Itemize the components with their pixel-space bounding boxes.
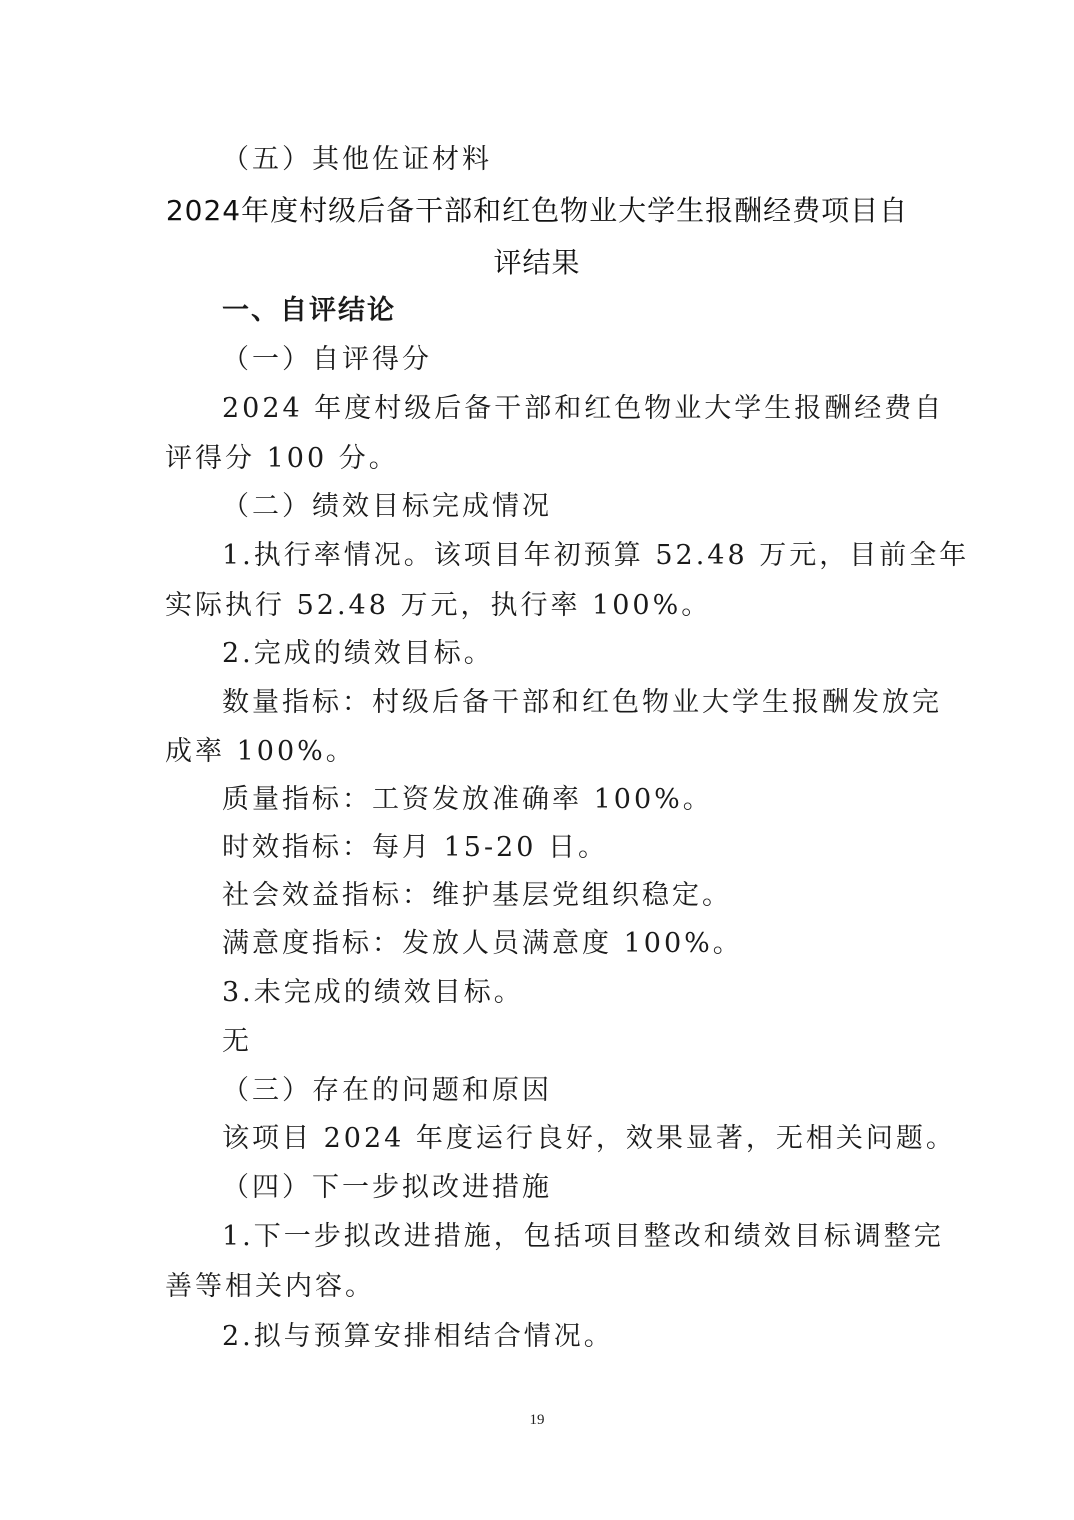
subheading-goal-completion: （二）绩效目标完成情况: [222, 490, 552, 524]
uncompleted-goals-heading: 3.未完成的绩效目标。: [222, 976, 524, 1010]
improvement-item-1-line-1: 1.下一步拟改进措施，包括项目整改和绩效目标调整完: [222, 1220, 944, 1254]
timeliness-indicator: 时效指标：每月 15-20 日。: [222, 831, 608, 865]
social-benefit-indicator: 社会效益指标：维护基层党组织稳定。: [222, 879, 732, 913]
document-page: （五）其他佐证材料 2024年度村级后备干部和红色物业大学生报酬经费项目自 评结…: [0, 0, 1074, 1520]
page-number: 19: [0, 1412, 1074, 1429]
subheading-next-steps: （四）下一步拟改进措施: [222, 1171, 552, 1205]
subheading-problems-causes: （三）存在的问题和原因: [222, 1074, 552, 1108]
heading-self-evaluation-conclusion: 一、自评结论: [222, 294, 396, 328]
problems-paragraph: 该项目 2024 年度运行良好，效果显著，无相关问题。: [222, 1122, 956, 1156]
score-paragraph-line-1: 2024 年度村级后备干部和红色物业大学生报酬经费自: [222, 392, 944, 426]
section-heading-other-evidence: （五）其他佐证材料: [222, 143, 492, 177]
execution-rate-line-1: 1.执行率情况。该项目年初预算 52.48 万元，目前全年: [222, 539, 969, 573]
uncompleted-goals-value: 无: [222, 1025, 252, 1059]
document-title-line-2: 评结果: [0, 245, 1074, 281]
subheading-self-evaluation-score: （一）自评得分: [222, 343, 432, 377]
execution-rate-line-2: 实际执行 52.48 万元，执行率 100%。: [165, 589, 711, 623]
improvement-item-2: 2.拟与预算安排相结合情况。: [222, 1320, 614, 1354]
document-title-line-1: 2024年度村级后备干部和红色物业大学生报酬经费项目自: [0, 193, 1074, 229]
satisfaction-indicator: 满意度指标：发放人员满意度 100%。: [222, 927, 743, 961]
quantity-indicator-line-2: 成率 100%。: [165, 735, 356, 769]
completed-goals-heading: 2.完成的绩效目标。: [222, 637, 494, 671]
score-paragraph-line-2: 评得分 100 分。: [165, 442, 399, 476]
improvement-item-1-line-2: 善等相关内容。: [165, 1270, 375, 1304]
quality-indicator: 质量指标：工资发放准确率 100%。: [222, 783, 713, 817]
quantity-indicator-line-1: 数量指标：村级后备干部和红色物业大学生报酬发放完: [222, 686, 942, 720]
